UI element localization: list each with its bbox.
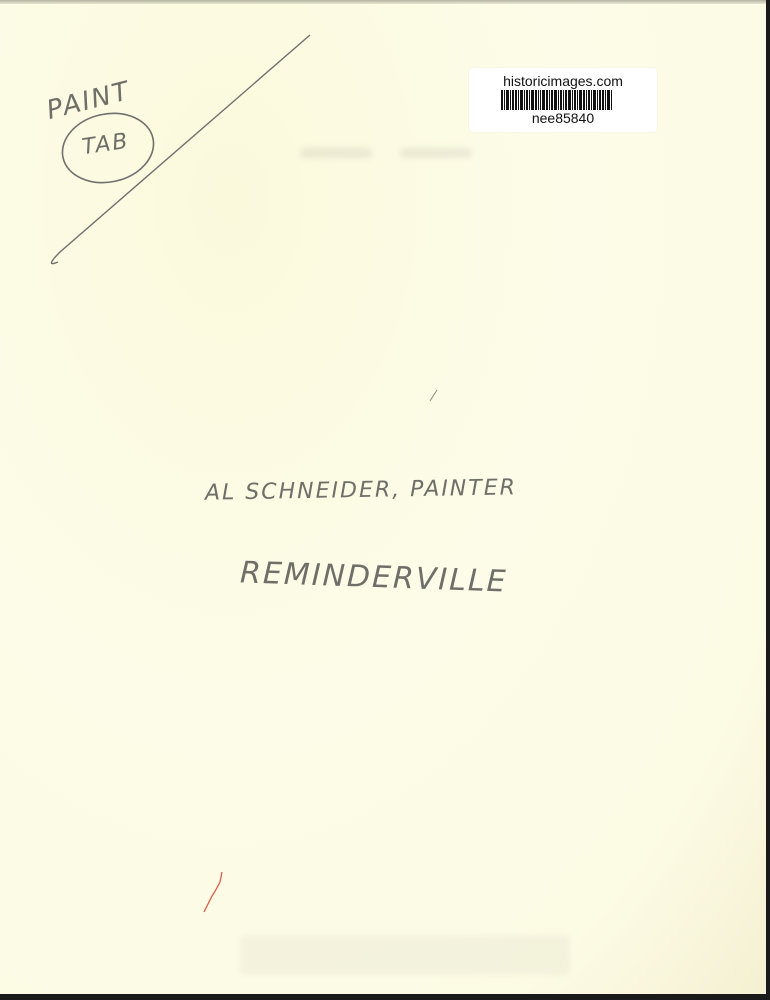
diagonal-line-mark (51, 35, 310, 264)
red-ink-mark (204, 872, 222, 912)
barcode-icon (501, 90, 629, 110)
sticker-site: historicimages.com (469, 73, 657, 89)
photo-back-page: PAINT TAB AL SCHNEIDER, PAINTER REMINDER… (0, 0, 766, 994)
historicimages-sticker: historicimages.com nee85840 (469, 68, 657, 132)
pencil-marks (0, 0, 766, 994)
sticker-id: nee85840 (469, 110, 657, 126)
tick-mark (430, 390, 437, 401)
